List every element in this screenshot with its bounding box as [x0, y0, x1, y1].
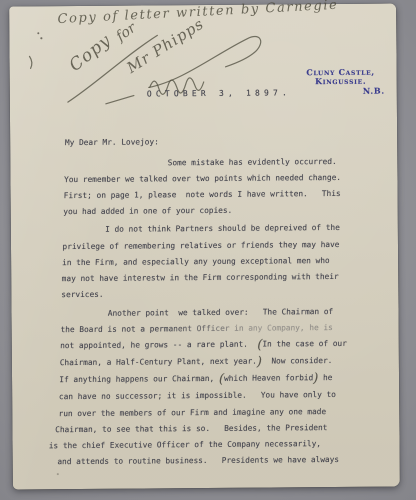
letter-body: My Dear Mr. Lovejoy: Some mistake has ev…	[57, 133, 377, 470]
hand-drawn-paren: )	[313, 371, 318, 386]
typed-line: I do not think Partners should be deprei…	[63, 220, 375, 239]
typed-line: can have no successor; it is impossible.…	[59, 387, 371, 406]
typed-line: and attends to routine business. Preside…	[57, 451, 369, 470]
photograph-background: { "colors": { "background_gray": "#94949…	[0, 0, 416, 500]
typed-line: you had added in one of your copies.	[63, 202, 375, 221]
paper-speck	[40, 37, 42, 39]
typed-line: the Board is not a permanent Officer in …	[60, 320, 372, 339]
hand-drawn-paren: (	[257, 338, 262, 353]
typed-line: may not have interestw in the Firm corre…	[62, 268, 374, 287]
typed-line: First; on page 1, please note words I ha…	[63, 186, 375, 205]
hand-drawn-paren: (	[219, 372, 224, 387]
letterhead-region: N.B.	[293, 86, 389, 96]
typed-line: Chairman, to see that this is so. Beside…	[55, 419, 370, 438]
annotation-for-word: for	[113, 20, 139, 45]
paper-speck	[57, 473, 59, 475]
typed-line: services.	[61, 285, 373, 304]
letter-paper: Copy of letter written by Carnegie Copy …	[9, 3, 400, 489]
annotation-recipient: Mr Phipps	[124, 15, 208, 77]
annotation-copy-word: Copy	[66, 30, 116, 75]
annotation-copy-of-letter: Copy of letter written by Carnegie	[57, 0, 339, 27]
hand-drawn-paren: )	[257, 355, 262, 370]
typed-line: My Dear Mr. Lovejoy:	[65, 133, 377, 152]
paper-speck	[37, 32, 39, 34]
letterhead: Cluny Castle, Kingussie. N.B.	[293, 68, 389, 97]
typed-line: run over the members of our Firm and ima…	[58, 403, 370, 422]
date-line: OCTOBER 3, 1897.	[147, 88, 291, 98]
typed-line: privilege of remembering relatives or fr…	[62, 236, 374, 255]
